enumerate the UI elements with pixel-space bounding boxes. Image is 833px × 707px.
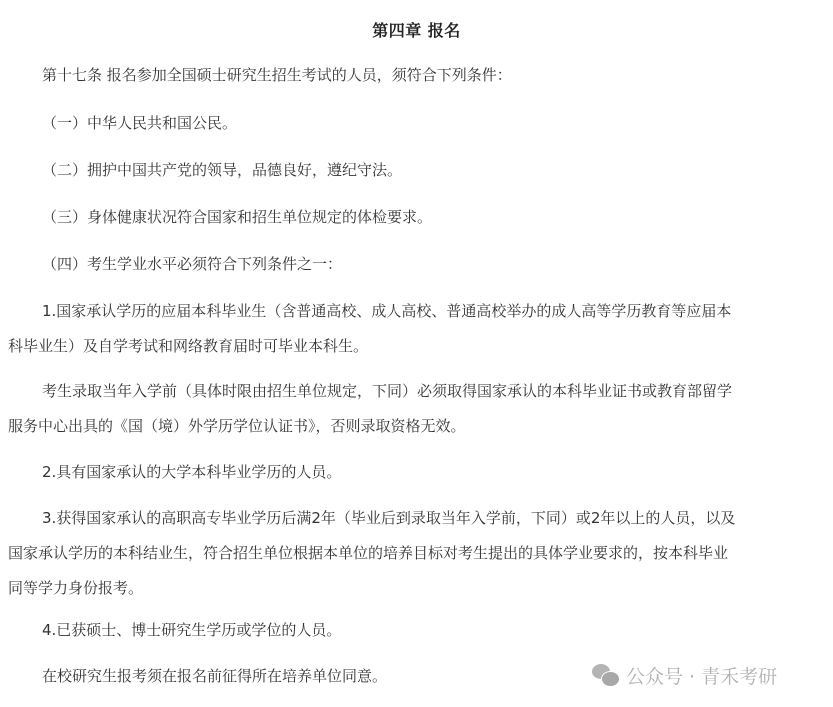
- sub-item-1-line-1: 1.国家承认学历的应届本科毕业生（含普通高校、成人高校、普通高校举办的成人高等学…: [42, 294, 822, 329]
- wechat-icon: [592, 664, 620, 688]
- sub-item-1-line-2: 科毕业生）及自学考试和网络教育届时可毕业本科生。: [8, 329, 788, 364]
- condition-1: （一）中华人民共和国公民。: [42, 106, 822, 141]
- article-intro: 第十七条 报名参加全国硕士研究生招生考试的人员，须符合下列条件：: [42, 58, 822, 93]
- chapter-title: 第四章 报名: [0, 18, 833, 41]
- sub-item-3-line-3: 同等学力身份报考。: [8, 571, 788, 606]
- note-line-2: 服务中心出具的《国（境）外学历学位认证书》，否则录取资格无效。: [8, 409, 788, 444]
- sub-item-3-line-2: 国家承认学历的本科结业生，符合招生单位根据本单位的培养目标对考生提出的具体学业要…: [8, 536, 788, 571]
- condition-4: （四）考生学业水平必须符合下列条件之一：: [42, 247, 822, 282]
- watermark-text: 公众号 · 青禾考研: [626, 662, 777, 689]
- condition-3: （三）身体健康状况符合国家和招生单位规定的体检要求。: [42, 200, 822, 235]
- sub-item-4: 4.已获硕士、博士研究生学历或学位的人员。: [42, 613, 822, 648]
- condition-2: （二）拥护中国共产党的领导，品德良好，遵纪守法。: [42, 153, 822, 188]
- watermark: 公众号 · 青禾考研: [592, 662, 777, 689]
- sub-item-2: 2.具有国家承认的大学本科毕业学历的人员。: [42, 455, 822, 490]
- note-line-1: 考生录取当年入学前（具体时限由招生单位规定，下同）必须取得国家承认的本科毕业证书…: [42, 374, 822, 409]
- sub-item-3-line-1: 3.获得国家承认的高职高专毕业学历后满2年（毕业后到录取当年入学前，下同）或2年…: [42, 501, 822, 536]
